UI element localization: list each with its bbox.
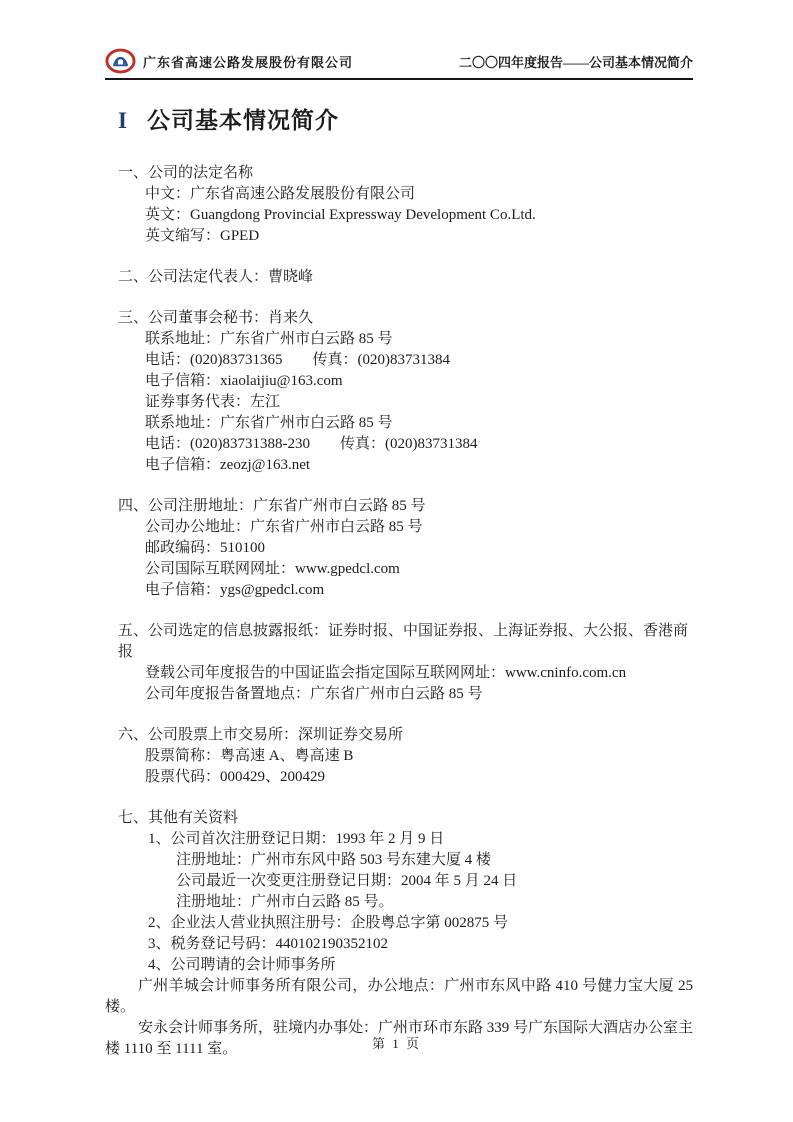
section-line: 公司国际互联网网址：www.gpedcl.com [145, 559, 693, 580]
section-line: 中文：广东省高速公路发展股份有限公司 [145, 184, 693, 205]
section-disclosure-media: 五、公司选定的信息披露报纸：证券时报、中国证券报、上海证券报、大公报、香港商报 … [105, 621, 693, 705]
section-line: 股票代码：000429、200429 [145, 767, 693, 788]
section-heading: 七、其他有关资料 [118, 808, 693, 829]
section-line: 股票简称：粤高速 A、粤高速 B [145, 746, 693, 767]
page-title: I公司基本情况简介 [118, 106, 693, 136]
page-footer: 第 1 页 [0, 1033, 793, 1052]
section-line: 英文缩写：GPED [145, 226, 693, 247]
report-page: 广东省高速公路发展股份有限公司 二〇〇四年度报告——公司基本情况简介 I公司基本… [0, 0, 793, 1122]
page-header: 广东省高速公路发展股份有限公司 二〇〇四年度报告——公司基本情况简介 [105, 48, 693, 80]
numbered-item-subline: 公司最近一次变更注册登记日期：2004 年 5 月 24 日 [176, 871, 693, 892]
section-stock-listing: 六、公司股票上市交易所：深圳证券交易所 股票简称：粤高速 A、粤高速 B 股票代… [105, 725, 693, 788]
numbered-item-subline: 注册地址：广州市白云路 85 号。 [176, 892, 693, 913]
document-body: 一、公司的法定名称 中文：广东省高速公路发展股份有限公司 英文：Guangdon… [105, 163, 693, 1060]
accounting-firm-paragraph: 广州羊城会计师事务所有限公司，办公地点：广州市东风中路 410 号健力宝大厦 2… [105, 976, 693, 1018]
section-other-information: 七、其他有关资料 1、公司首次注册登记日期：1993 年 2 月 9 日 注册地… [105, 808, 693, 1060]
numbered-item: 2、企业法人营业执照注册号：企股粤总字第 002875 号 [148, 913, 693, 934]
section-line: 邮政编码：510100 [145, 538, 693, 559]
section-heading: 四、公司注册地址：广东省广州市白云路 85 号 [118, 496, 693, 517]
header-report-title: 二〇〇四年度报告——公司基本情况简介 [459, 52, 693, 71]
page-title-text: 公司基本情况简介 [147, 108, 339, 133]
section-line: 电话：(020)83731365 传真：(020)83731384 [145, 350, 693, 371]
page-number: 第 1 页 [372, 1036, 421, 1051]
numbered-item: 4、公司聘请的会计师事务所 [148, 955, 693, 976]
header-left: 广东省高速公路发展股份有限公司 [105, 48, 353, 74]
company-logo-icon [105, 48, 136, 74]
numbered-item: 3、税务登记号码：440102190352102 [148, 934, 693, 955]
section-line: 联系地址：广东省广州市白云路 85 号 [145, 413, 693, 434]
section-board-secretary: 三、公司董事会秘书：肖来久 联系地址：广东省广州市白云路 85 号 电话：(02… [105, 308, 693, 476]
section-line: 公司年度报告备置地点：广东省广州市白云路 85 号 [145, 684, 693, 705]
section-line: 联系地址：广东省广州市白云路 85 号 [145, 329, 693, 350]
numbered-item: 1、公司首次注册登记日期：1993 年 2 月 9 日 [148, 829, 693, 850]
section-addresses: 四、公司注册地址：广东省广州市白云路 85 号 公司办公地址：广东省广州市白云路… [105, 496, 693, 601]
section-line: 登载公司年度报告的中国证监会指定国际互联网网址：www.cninfo.com.c… [145, 663, 693, 684]
section-line: 证券事务代表：左江 [145, 392, 693, 413]
section-heading: 五、公司选定的信息披露报纸：证券时报、中国证券报、上海证券报、大公报、香港商报 [118, 621, 693, 663]
section-heading: 二、公司法定代表人：曹晓峰 [118, 267, 693, 288]
page-title-numeral: I [118, 106, 128, 136]
section-line: 电子信箱：xiaolaijiu@163.com [145, 371, 693, 392]
section-heading: 六、公司股票上市交易所：深圳证券交易所 [118, 725, 693, 746]
section-line: 英文：Guangdong Provincial Expressway Devel… [145, 205, 693, 226]
numbered-item-subline: 注册地址：广州市东风中路 503 号东建大厦 4 楼 [176, 850, 693, 871]
section-legal-representative: 二、公司法定代表人：曹晓峰 [105, 267, 693, 288]
section-line: 公司办公地址：广东省广州市白云路 85 号 [145, 517, 693, 538]
section-legal-name: 一、公司的法定名称 中文：广东省高速公路发展股份有限公司 英文：Guangdon… [105, 163, 693, 247]
section-line: 电子信箱：ygs@gpedcl.com [145, 580, 693, 601]
header-company-name: 广东省高速公路发展股份有限公司 [143, 52, 353, 71]
section-line: 电话：(020)83731388-230 传真：(020)83731384 [145, 434, 693, 455]
section-line: 电子信箱：zeozj@163.net [145, 455, 693, 476]
section-heading: 一、公司的法定名称 [118, 163, 693, 184]
section-heading: 三、公司董事会秘书：肖来久 [118, 308, 693, 329]
